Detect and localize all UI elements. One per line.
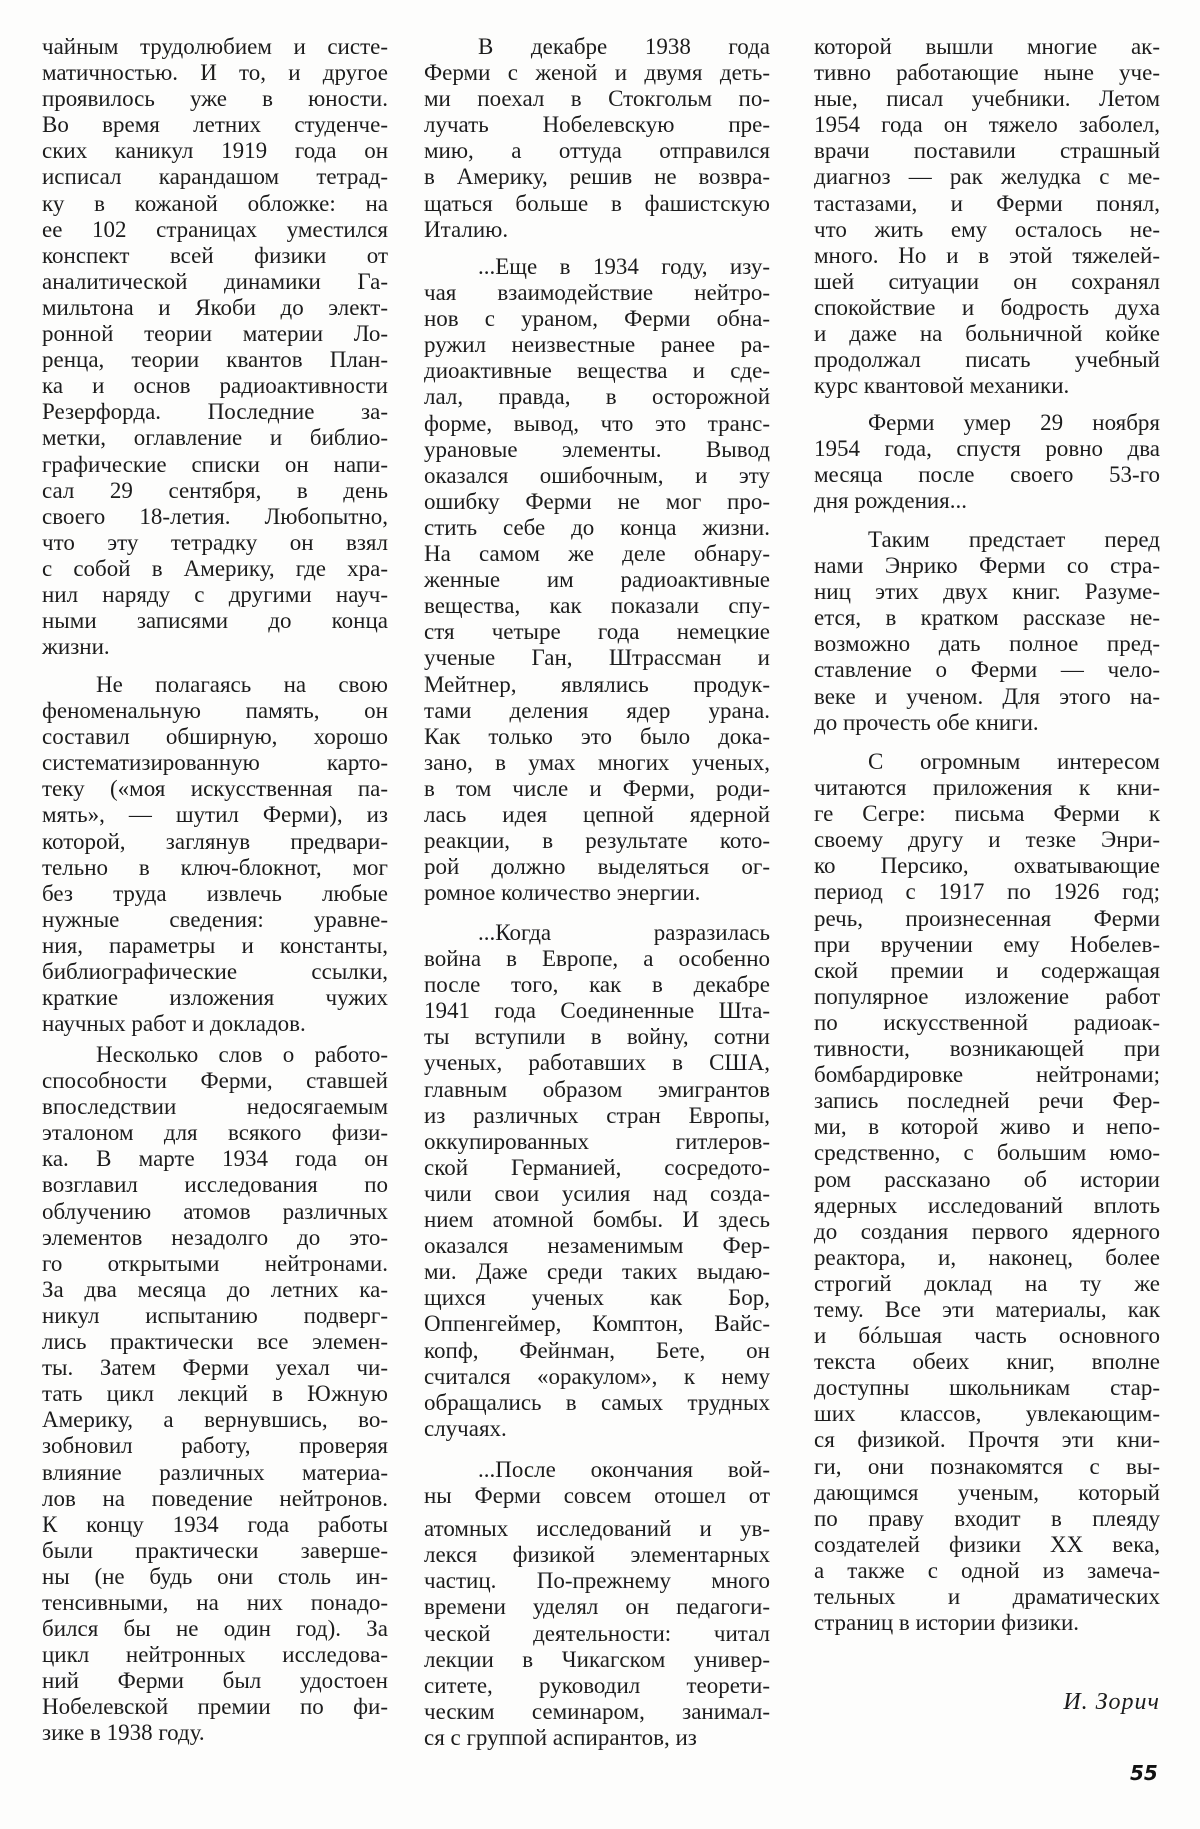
text-line: ги, они познакомятся с вы- [814,1454,1160,1480]
paragraph: чайным трудолюбием и систе-матичностью. … [42,34,388,660]
text-line: много. Но и в этой тяжелей- [814,243,1160,269]
text-line: возглавил исследования по [42,1172,388,1198]
text-line: оказался незаменимым Фер- [424,1233,770,1259]
text-line: мять», — шутил Ферми), из [42,802,388,828]
text-line: которой вышли многие ак- [814,34,1160,60]
paragraph: Не полагаясь на своюфеноменальную память… [42,672,388,1037]
text-line: ставление о Ферми — чело- [814,657,1160,683]
text-line: частиц. По-прежнему много [424,1568,770,1594]
text-line: ется, в кратком рассказе не- [814,605,1160,631]
text-line: ученых, работавших в США, [424,1050,770,1076]
text-line: эталоном для всякого физи- [42,1120,388,1146]
text-line: создателей физики XX века, [814,1532,1160,1558]
text-line: ко Персико, охватывающие [814,853,1160,879]
text-line: дающимся ученым, который [814,1480,1160,1506]
text-line: Оппенгеймер, Комптон, Вайс- [424,1311,770,1337]
text-line: Как только это было дока- [424,724,770,750]
text-line: впоследствии недосягаемым [42,1094,388,1120]
text-line: ниц этих двух книг. Разуме- [814,579,1160,605]
text-line: ний Ферми был удостоен [42,1668,388,1694]
text-column-3: которой вышли многие ак-тивно работающие… [814,0,1160,1829]
text-line: читаются приложения к кни- [814,775,1160,801]
text-line: после того, как в декабре [424,972,770,998]
text-line: ся с группой аспирантов, из [424,1725,770,1751]
text-line: исписал карандашом тетрад- [42,164,388,190]
text-line: элементов незадолго до это- [42,1225,388,1251]
page-number: 55 [1130,1762,1158,1784]
text-line: зике в 1938 году. [42,1720,388,1746]
text-line: вещества, как показали спу- [424,593,770,619]
text-line: ромное количество энергии. [424,880,770,906]
text-line: оказался ошибочным, и эту [424,463,770,489]
text-line: стить себе до конца жизни. [424,515,770,541]
text-line: ты. Затем Ферми уехал чи- [42,1355,388,1381]
text-line: На самом же деле обнару- [424,541,770,567]
text-line: случаях. [424,1416,770,1442]
text-line: что жить ему осталось не- [814,217,1160,243]
text-line: теку («моя искусственная па- [42,776,388,802]
paragraph: ...Когда разразиласьвойна в Европе, а ос… [424,920,770,1442]
text-line: ронной теории материи Ло- [42,321,388,347]
text-line: ческой деятельности: читал [424,1621,770,1647]
text-line: шей ситуации он сохранял [814,269,1160,295]
text-line: ...После окончания вой- [424,1457,770,1483]
text-line: Резерфорда. Последние за- [42,399,388,425]
text-line: ческим семинаром, занимал- [424,1699,770,1725]
text-line: речь, произнесенная Ферми [814,906,1160,932]
text-line: ся физикой. Прочтя эти кни- [814,1427,1160,1453]
text-line: нами Энрико Ферми со стра- [814,553,1160,579]
text-line: Америку, а вернувшись, во- [42,1407,388,1433]
text-line: до прочесть обе книги. [814,710,1160,736]
text-line: ми. Даже среди таких выдаю- [424,1259,770,1285]
text-line: Несколько слов о работо- [42,1042,388,1068]
text-line: 1954 года он тяжело заболел, [814,112,1160,138]
text-line: графические списки он напи- [42,452,388,478]
text-line: научных работ и докладов. [42,1011,388,1037]
text-line: ные, писал учебники. Летом [814,86,1160,112]
text-line: го открытыми нейтронами. [42,1251,388,1277]
text-line: проявилось уже в юности. [42,86,388,112]
text-line: реакции, в результате кото- [424,828,770,854]
text-line: Нобелевской премии по фи- [42,1694,388,1720]
text-line: аналитической динамики Га- [42,269,388,295]
text-line: нил наряду с другими науч- [42,582,388,608]
text-line: щихся ученых как Бор, [424,1285,770,1311]
text-line: ученые Ган, Штрассман и [424,645,770,671]
text-line: зобновил работу, проверяя [42,1433,388,1459]
text-line: ге Сегре: письма Ферми к [814,801,1160,827]
text-line: своего 18-летия. Любопытно, [42,504,388,530]
text-line: ния, параметры и константы, [42,933,388,959]
text-line: диагноз — рак желудка с ме- [814,164,1160,190]
text-line: доступны школьникам стар- [814,1375,1160,1401]
text-line: а также с одной из замеча- [814,1558,1160,1584]
text-line: ...Еще в 1934 году, изу- [424,254,770,280]
text-line: краткие изложения чужих [42,985,388,1011]
text-line: тельных и драматических [814,1584,1160,1610]
text-line: тему. Все эти материалы, как [814,1297,1160,1323]
text-line: в Америку, решив не возвра- [424,164,770,190]
text-line: из различных стран Европы, [424,1103,770,1129]
text-line: Не полагаясь на свою [42,672,388,698]
text-line: лов на поведение нейтронов. [42,1486,388,1512]
paragraph: В декабре 1938 годаФерми с женой и двумя… [424,34,770,243]
text-line: веке и ученом. Для этого на- [814,684,1160,710]
text-line: Мейтнер, являлись продук- [424,672,770,698]
text-line: атомных исследований и ув- [424,1516,770,1542]
text-line: ны (не будь они столь ин- [42,1564,388,1590]
text-line: тивно работающие ныне уче- [814,60,1160,86]
text-line: рой должно выделяться ог- [424,854,770,880]
text-line: лекся физикой элементарных [424,1542,770,1568]
text-line: продолжал писать учебный [814,347,1160,373]
text-line: нужные сведения: уравне- [42,907,388,933]
text-line: тивности, возникающей при [814,1036,1160,1062]
text-line: мию, а оттуда отправился [424,138,770,164]
text-line: ших классов, увлекающим- [814,1401,1160,1427]
text-line: при вручении ему Нобелев- [814,932,1160,958]
text-line: чайным трудолюбием и систе- [42,34,388,60]
text-line: лал, правда, в осторожной [424,384,770,410]
text-line: феноменальную память, он [42,698,388,724]
text-line: никул испытанию подверг- [42,1303,388,1329]
text-line: тами деления ядер урана. [424,698,770,724]
text-line: сал 29 сентября, в день [42,478,388,504]
text-line: 1954 года, спустя ровно два [814,436,1160,462]
text-line: ской Германией, сосредото- [424,1155,770,1181]
text-line: своему другу и тезке Энри- [814,827,1160,853]
text-line: С огромным интересом [814,749,1160,775]
text-line: мильтона и Якоби до элект- [42,295,388,321]
text-column-1: чайным трудолюбием и систе-матичностью. … [42,0,388,1829]
paragraph: Таким предстает переднами Энрико Ферми с… [814,527,1160,736]
text-line: лись практически все элемен- [42,1329,388,1355]
text-line: нием атомной бомбы. И здесь [424,1207,770,1233]
text-line: конспект всей физики от [42,243,388,269]
text-line: ситете, руководил теорети- [424,1673,770,1699]
text-line: ми поехал в Стокгольм по- [424,86,770,112]
text-line: времени уделял он педагоги- [424,1594,770,1620]
text-line: матичностью. И то, и другое [42,60,388,86]
text-line: чая взаимодействие нейтро- [424,280,770,306]
text-line: врачи поставили страшный [814,138,1160,164]
text-line: тельно в ключ-блокнот, мог [42,855,388,881]
text-line: ты вступили в войну, сотни [424,1024,770,1050]
text-line: лась идея цепной ядерной [424,802,770,828]
text-line: реактора, и, наконец, более [814,1245,1160,1271]
text-line: ми, в которой живо и непо- [814,1114,1160,1140]
text-line: ...Когда разразилась [424,920,770,946]
text-line: в том числе и Ферми, роди- [424,776,770,802]
text-line: ской премии и содержащая [814,958,1160,984]
text-line: дня рождения... [814,488,1160,514]
paragraph: Ферми умер 29 ноября1954 года, спустя ро… [814,410,1160,514]
text-line: по праву входит в плеяду [814,1506,1160,1532]
text-line: главным образом эмигрантов [424,1077,770,1103]
text-line: В декабре 1938 года [424,34,770,60]
author-signature: И. Зорич [1063,1688,1160,1716]
text-line: возможно дать полное пред- [814,631,1160,657]
text-line: ских каникул 1919 года он [42,138,388,164]
text-line: метки, оглавление и библио- [42,425,388,451]
text-line: которой, заглянув предвари- [42,829,388,855]
text-line: период с 1917 по 1926 год; [814,879,1160,905]
text-line: бился бы не один год). За [42,1616,388,1642]
text-line: Во время летних студенче- [42,112,388,138]
text-line: ружил неизвестные ранее ра- [424,332,770,358]
paragraph: ...Еще в 1934 году, изу-чая взаимодейств… [424,254,770,906]
text-line: ны Ферми совсем отошел от [424,1483,770,1509]
text-line: щаться больше в фашистскую [424,191,770,217]
text-line: ренца, теории квантов План- [42,347,388,373]
text-line: К концу 1934 года работы [42,1512,388,1538]
text-line: считался «оракулом», к нему [424,1364,770,1390]
text-line: облучению атомов различных [42,1199,388,1225]
paragraph: С огромным интересомчитаются приложения … [814,749,1160,1636]
text-line: жизни. [42,634,388,660]
text-line: ка и основ радиоактивности [42,373,388,399]
text-line: библиографические ссылки, [42,959,388,985]
text-line: война в Европе, а особенно [424,946,770,972]
text-line: без труда извлечь любые [42,881,388,907]
text-line: спокойствие и бодрость духа [814,295,1160,321]
text-line: популярное изложение работ [814,984,1160,1010]
text-line: чили свои усилия над созда- [424,1181,770,1207]
text-line: тать цикл лекций в Южную [42,1381,388,1407]
text-line: цикл нейтронных исследова- [42,1642,388,1668]
paragraph: ...После окончания вой-ны Ферми совсем о… [424,1457,770,1751]
text-line: 1941 года Соединенные Шта- [424,998,770,1024]
paragraph: Несколько слов о работо-способности Ферм… [42,1042,388,1747]
text-line: ядерных исследований вплоть [814,1193,1160,1219]
text-line: и даже на больничной койке [814,321,1160,347]
text-line: систематизированную карто- [42,750,388,776]
text-line: зано, в умах многих ученых, [424,750,770,776]
text-line: что эту тетрадку он взял [42,530,388,556]
text-line: форме, вывод, что это транс- [424,411,770,437]
text-line: лучать Нобелевскую пре- [424,112,770,138]
text-line: Ферми умер 29 ноября [814,410,1160,436]
text-line: и бóльшая часть основного [814,1323,1160,1349]
text-line: способности Ферми, ставшей [42,1068,388,1094]
text-line: курс квантовой механики. [814,373,1160,399]
text-line: диоактивные вещества и сде- [424,358,770,384]
text-line: до создания первого ядерного [814,1219,1160,1245]
text-line: ошибку Ферми не мог про- [424,489,770,515]
paragraph: которой вышли многие ак-тивно работающие… [814,34,1160,399]
text-line: текста обеих книг, вполне [814,1349,1160,1375]
text-line: тастазами, и Ферми понял, [814,191,1160,217]
text-line: Таким предстает перед [814,527,1160,553]
text-line: были практически заверше- [42,1538,388,1564]
text-line: женные им радиоактивные [424,567,770,593]
text-line: по искусственной радиоак- [814,1010,1160,1036]
text-line: с собой в Америку, где хра- [42,556,388,582]
text-line: ее 102 страницах уместился [42,217,388,243]
text-line: За два месяца до летних ка- [42,1277,388,1303]
text-column-2: В декабре 1938 годаФерми с женой и двумя… [424,0,770,1829]
text-line: Италию. [424,217,770,243]
text-line: нов с ураном, Ферми обна- [424,306,770,332]
text-line: ка. В марте 1934 года он [42,1146,388,1172]
text-line: тенсивными, на них понадо- [42,1590,388,1616]
text-line: влияние различных материа- [42,1460,388,1486]
text-line: ку в кожаной обложке: на [42,191,388,217]
text-line: копф, Фейнман, Бете, он [424,1338,770,1364]
text-line: составил обширную, хорошо [42,724,388,750]
text-line: средственно, с большим юмо- [814,1140,1160,1166]
text-line: лекции в Чикагском универ- [424,1647,770,1673]
text-line: Ферми с женой и двумя деть- [424,60,770,86]
text-line: запись последней речи Фер- [814,1088,1160,1114]
text-line: ными записями до конца [42,608,388,634]
text-line: урановые элементы. Вывод [424,437,770,463]
text-line: ром рассказано об истории [814,1167,1160,1193]
text-line: стя четыре года немецкие [424,619,770,645]
text-line: обращались в самых трудных [424,1390,770,1416]
text-line: бомбардировке нейтронами; [814,1062,1160,1088]
text-line: оккупированных гитлеров- [424,1129,770,1155]
text-line: строгий доклад на ту же [814,1271,1160,1297]
text-line: страниц в истории физики. [814,1610,1160,1636]
text-line: месяца после своего 53-го [814,462,1160,488]
